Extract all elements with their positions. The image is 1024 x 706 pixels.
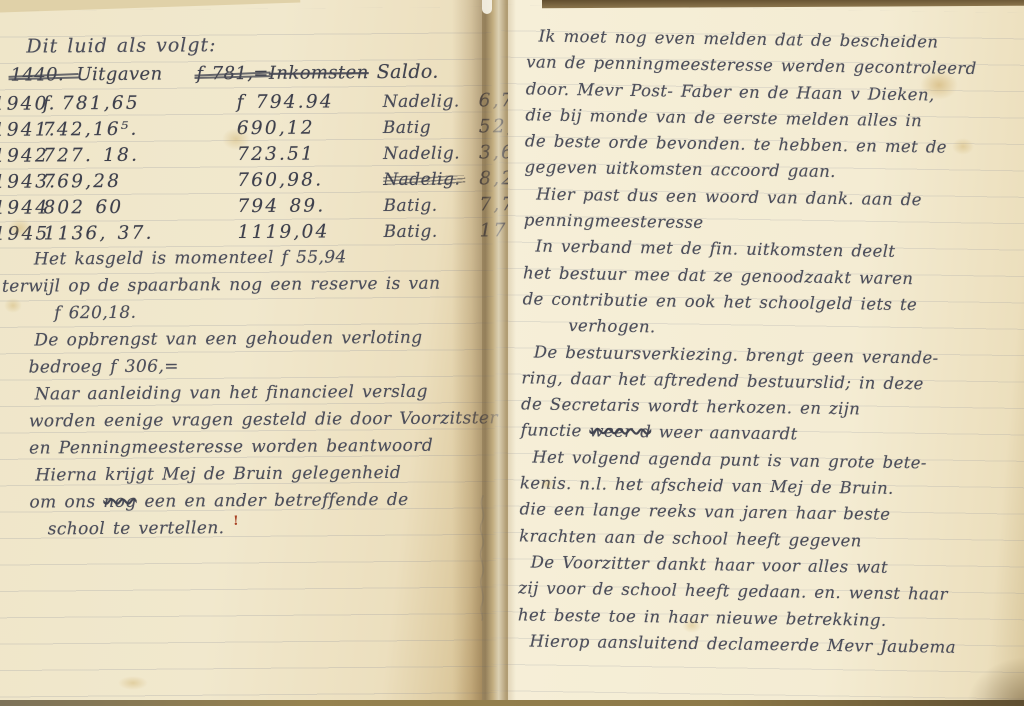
- year-cell: 1942: [0, 145, 43, 166]
- uitgaven-cell: 742,16⁵.: [43, 118, 193, 140]
- line-text: weer aanvaardt: [651, 423, 798, 444]
- line-text: Naar aanleiding van het financieel versl…: [35, 382, 428, 405]
- inkomsten-cell: 1119,04: [194, 221, 384, 243]
- line-text: een en ander betreffende de: [137, 490, 409, 512]
- heading-line: Dit luid als volgt:: [26, 32, 462, 63]
- inkomsten-cell: 723.51: [193, 143, 383, 165]
- line-text: functie: [521, 421, 590, 441]
- line-text: om ons: [29, 492, 103, 513]
- gutter-paper-sliver: [482, 0, 492, 14]
- line-text: Het kasgeld is momenteel f 55,94: [34, 247, 347, 269]
- struck-word: nog: [103, 492, 136, 512]
- handwritten-line: om ons nog een en ander betreffende de: [29, 489, 465, 519]
- ledger-header-saldo: Saldo.: [377, 61, 439, 83]
- uitgaven-cell: 1136, 37.: [44, 222, 194, 244]
- ledger-header-row: 1440.Uitgavenf 781,=InkomstenSaldo.: [26, 60, 462, 93]
- handwritten-line: school te vertellen.: [48, 516, 466, 546]
- line-text: Hierna krijgt Mej de Bruin gelegenheid: [35, 463, 401, 486]
- handwritten-line: Naar aanleiding van het financieel versl…: [35, 381, 465, 411]
- year-cell: 1945: [0, 223, 44, 244]
- line-text: bedroeg f 306,=: [28, 356, 178, 377]
- line-text: f 620,18.: [54, 303, 136, 324]
- handwritten-line: Hierna krijgt Mej de Bruin gelegenheid: [35, 462, 465, 492]
- ledger-header-year-struck: 1440.: [10, 64, 76, 85]
- right-page-content: Ik moet nog even melden dat de bescheide…: [517, 26, 1018, 664]
- ledger-row: 19451136, 37.1119,04Batig.17 33.: [28, 220, 464, 249]
- red-ink-mark: !: [233, 514, 239, 529]
- line-text: De Voorzitter dankt haar voor alles wat: [531, 552, 888, 576]
- line-text: krachten aan de school heeft gegeven: [519, 526, 862, 550]
- book-gutter: [452, 0, 516, 706]
- handwritten-line: De opbrengst van een gehouden verloting: [34, 327, 464, 357]
- left-page-content: Dit luid als volgt: 1440.Uitgavenf 781,=…: [26, 32, 466, 546]
- handwritten-line: terwijl op de spaarbank nog een reserve …: [2, 273, 464, 303]
- line-text: penningmeesteresse: [524, 210, 704, 232]
- uitgaven-cell: 727. 18.: [43, 144, 193, 166]
- line-text: verhogen.: [568, 316, 656, 336]
- left-page: Dit luid als volgt: 1440.Uitgavenf 781,=…: [0, 0, 482, 706]
- line-text: school te vertellen.: [48, 518, 225, 539]
- handwritten-line: Het kasgeld is momenteel f 55,94: [34, 246, 464, 276]
- year-cell: 1941.: [0, 119, 43, 140]
- line-text: en Penningmeesteresse worden beantwoord: [29, 436, 433, 459]
- line-text: worden eenige vragen gesteld die door Vo…: [29, 408, 498, 431]
- inkomsten-cell: 690,12: [193, 117, 383, 139]
- ledger-header-inkomsten: Inkomsten: [269, 62, 369, 84]
- year-cell: 1943.: [0, 171, 43, 192]
- struck-word: weer d: [589, 422, 651, 442]
- ledger-header-uitgaven: Uitgaven: [76, 63, 196, 85]
- notebook-scan: Dit luid als volgt: 1440.Uitgavenf 781,=…: [0, 0, 1024, 706]
- page-corner-shadow: [958, 650, 1024, 706]
- inkomsten-cell: f 794.94: [193, 91, 383, 113]
- uitgaven-cell: f 781,65: [43, 92, 193, 114]
- line-text: De opbrengst van een gehouden verloting: [34, 328, 422, 351]
- left-paragraph-lines: Het kasgeld is momenteel f 55,94 terwijl…: [28, 246, 466, 546]
- ledger-row: 1940.f 781,65f 794.94Nadelig.6,70: [27, 90, 463, 119]
- line-text: terwijl op de spaarbank nog een reserve …: [2, 274, 441, 297]
- handwritten-line: worden eenige vragen gesteld die door Vo…: [29, 408, 465, 438]
- gutter-vertical-writing: [474, 492, 490, 622]
- line-text: het beste toe in haar nieuwe betrekking.: [518, 605, 887, 629]
- uitgaven-cell: 769,28: [43, 170, 193, 192]
- ledger-table: 1440.Uitgavenf 781,=InkomstenSaldo. 1940…: [26, 60, 463, 249]
- ledger-rows: 1940.f 781,65f 794.94Nadelig.6,70 1941.7…: [27, 90, 464, 249]
- uitgaven-cell: 802 60: [43, 196, 193, 218]
- scan-bottom-edge: [0, 700, 1024, 706]
- ledger-row: 1941.742,16⁵.690,12Batig52,04: [27, 116, 463, 145]
- year-cell: 1940.: [0, 93, 43, 114]
- handwritten-line: f 620,18.: [54, 300, 464, 330]
- inkomsten-cell: 794 89.: [193, 195, 383, 217]
- handwritten-line: en Penningmeesteresse worden beantwoord: [29, 435, 465, 465]
- ledger-header-amount-struck: f 781,=: [196, 63, 269, 85]
- line-text: Ik moet nog even melden dat de bescheide…: [538, 27, 938, 52]
- ledger-row: 1943.769,28760,98.Nadelig.8,29: [27, 168, 463, 197]
- inkomsten-cell: 760,98.: [193, 169, 383, 191]
- ledger-row: 1942727. 18.723.51Nadelig.3,67.: [27, 142, 463, 171]
- ledger-row: 1944802 60794 89.Batig.7,71: [27, 194, 463, 223]
- handwritten-line: bedroeg f 306,=: [28, 354, 464, 384]
- line-text: gegeven uitkomsten accoord gaan.: [524, 158, 835, 182]
- line-text: In verband met de fin. uitkomsten deelt: [535, 237, 895, 261]
- right-page: Ik moet nog even melden dat de bescheide…: [508, 0, 1024, 706]
- line-text: de Secretaris wordt herkozen. en zijn: [521, 395, 860, 419]
- year-cell: 1944: [0, 197, 43, 218]
